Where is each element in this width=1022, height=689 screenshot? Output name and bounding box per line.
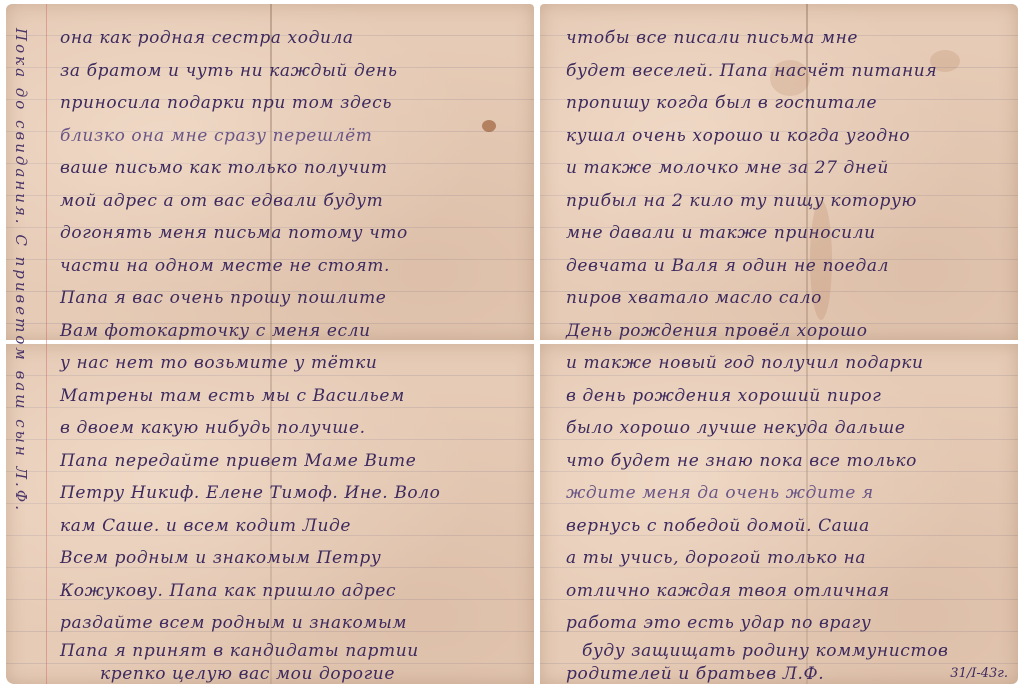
- text-line: Вам фотокарточку с меня если: [60, 315, 530, 348]
- text-line: День рождения провёл хорошо: [566, 315, 1016, 348]
- text-line: что будет не знаю пока все только: [566, 445, 1016, 478]
- text-line: она как родная сестра ходила: [60, 22, 530, 55]
- text-line: Папа я вас очень прошу пошлите: [60, 282, 530, 315]
- text-line: работа это есть удар по врагу: [566, 607, 1016, 640]
- text-line: Петру Никиф. Елене Тимоф. Ине. Воло: [60, 477, 530, 510]
- text-line: мне давали и также приносили: [566, 217, 1016, 250]
- text-line: части на одном месте не стоят.: [60, 250, 530, 283]
- text-line: за братом и чуть ни каждый день: [60, 55, 530, 88]
- text-line: Кожукову. Папа как пришло адрес: [60, 575, 530, 608]
- text-line: Папа я принят в кандидаты партии: [60, 640, 530, 663]
- text-line: ваше письмо как только получит: [60, 152, 530, 185]
- text-line: близко она мне сразу перешлёт: [60, 120, 530, 153]
- margin-vertical-note: Пока до свидания. С приветом ваш сын Л.Ф…: [12, 28, 30, 513]
- text-line: родителей и братьев Л.Ф.: [566, 663, 1016, 686]
- text-line: а ты учись, дорогой только на: [566, 542, 1016, 575]
- text-line: было хорошо лучше некуда дальше: [566, 412, 1016, 445]
- text-line: чтобы все писали письма мне: [566, 22, 1016, 55]
- text-line: раздайте всем родным и знакомым: [60, 607, 530, 640]
- text-line: Матрены там есть мы с Васильем: [60, 380, 530, 413]
- text-line: приносила подарки при том здесь: [60, 87, 530, 120]
- text-line: и также новый год получил подарки: [566, 347, 1016, 380]
- text-line: в двоем какую нибудь получше.: [60, 412, 530, 445]
- text-line: отлично каждая твоя отличная: [566, 575, 1016, 608]
- text-line: пиров хватало масло сало: [566, 282, 1016, 315]
- text-line: Папа передайте привет Маме Вите: [60, 445, 530, 478]
- right-page-text: чтобы все писали письма мне будет веселе…: [566, 22, 1016, 686]
- left-page-text: она как родная сестра ходила за братом и…: [60, 22, 530, 686]
- text-line: догонять меня письма потому что: [60, 217, 530, 250]
- letter-date: 31/I-43г.: [950, 666, 1008, 681]
- text-line: девчата и Валя я один не поедал: [566, 250, 1016, 283]
- text-line: и также молочко мне за 27 дней: [566, 152, 1016, 185]
- text-line: в день рождения хороший пирог: [566, 380, 1016, 413]
- text-line: ждите меня да очень ждите я: [566, 477, 1016, 510]
- text-line: кам Саше. и всем кодит Лиде: [60, 510, 530, 543]
- text-line: буду защищать родину коммунистов: [566, 640, 1016, 663]
- text-line: вернусь с победой домой. Саша: [566, 510, 1016, 543]
- text-line: мой адрес а от вас едвали будут: [60, 185, 530, 218]
- text-line: крепко целую вас мои дорогие: [60, 663, 530, 686]
- text-line: пропишу когда был в госпитале: [566, 87, 1016, 120]
- red-margin-line: [46, 4, 47, 684]
- text-line: Всем родным и знакомым Петру: [60, 542, 530, 575]
- text-line: у нас нет то возьмите у тётки: [60, 347, 530, 380]
- text-line: кушал очень хорошо и когда угодно: [566, 120, 1016, 153]
- text-line: будет веселей. Папа насчёт питания: [566, 55, 1016, 88]
- text-line: прибыл на 2 кило ту пищу которую: [566, 185, 1016, 218]
